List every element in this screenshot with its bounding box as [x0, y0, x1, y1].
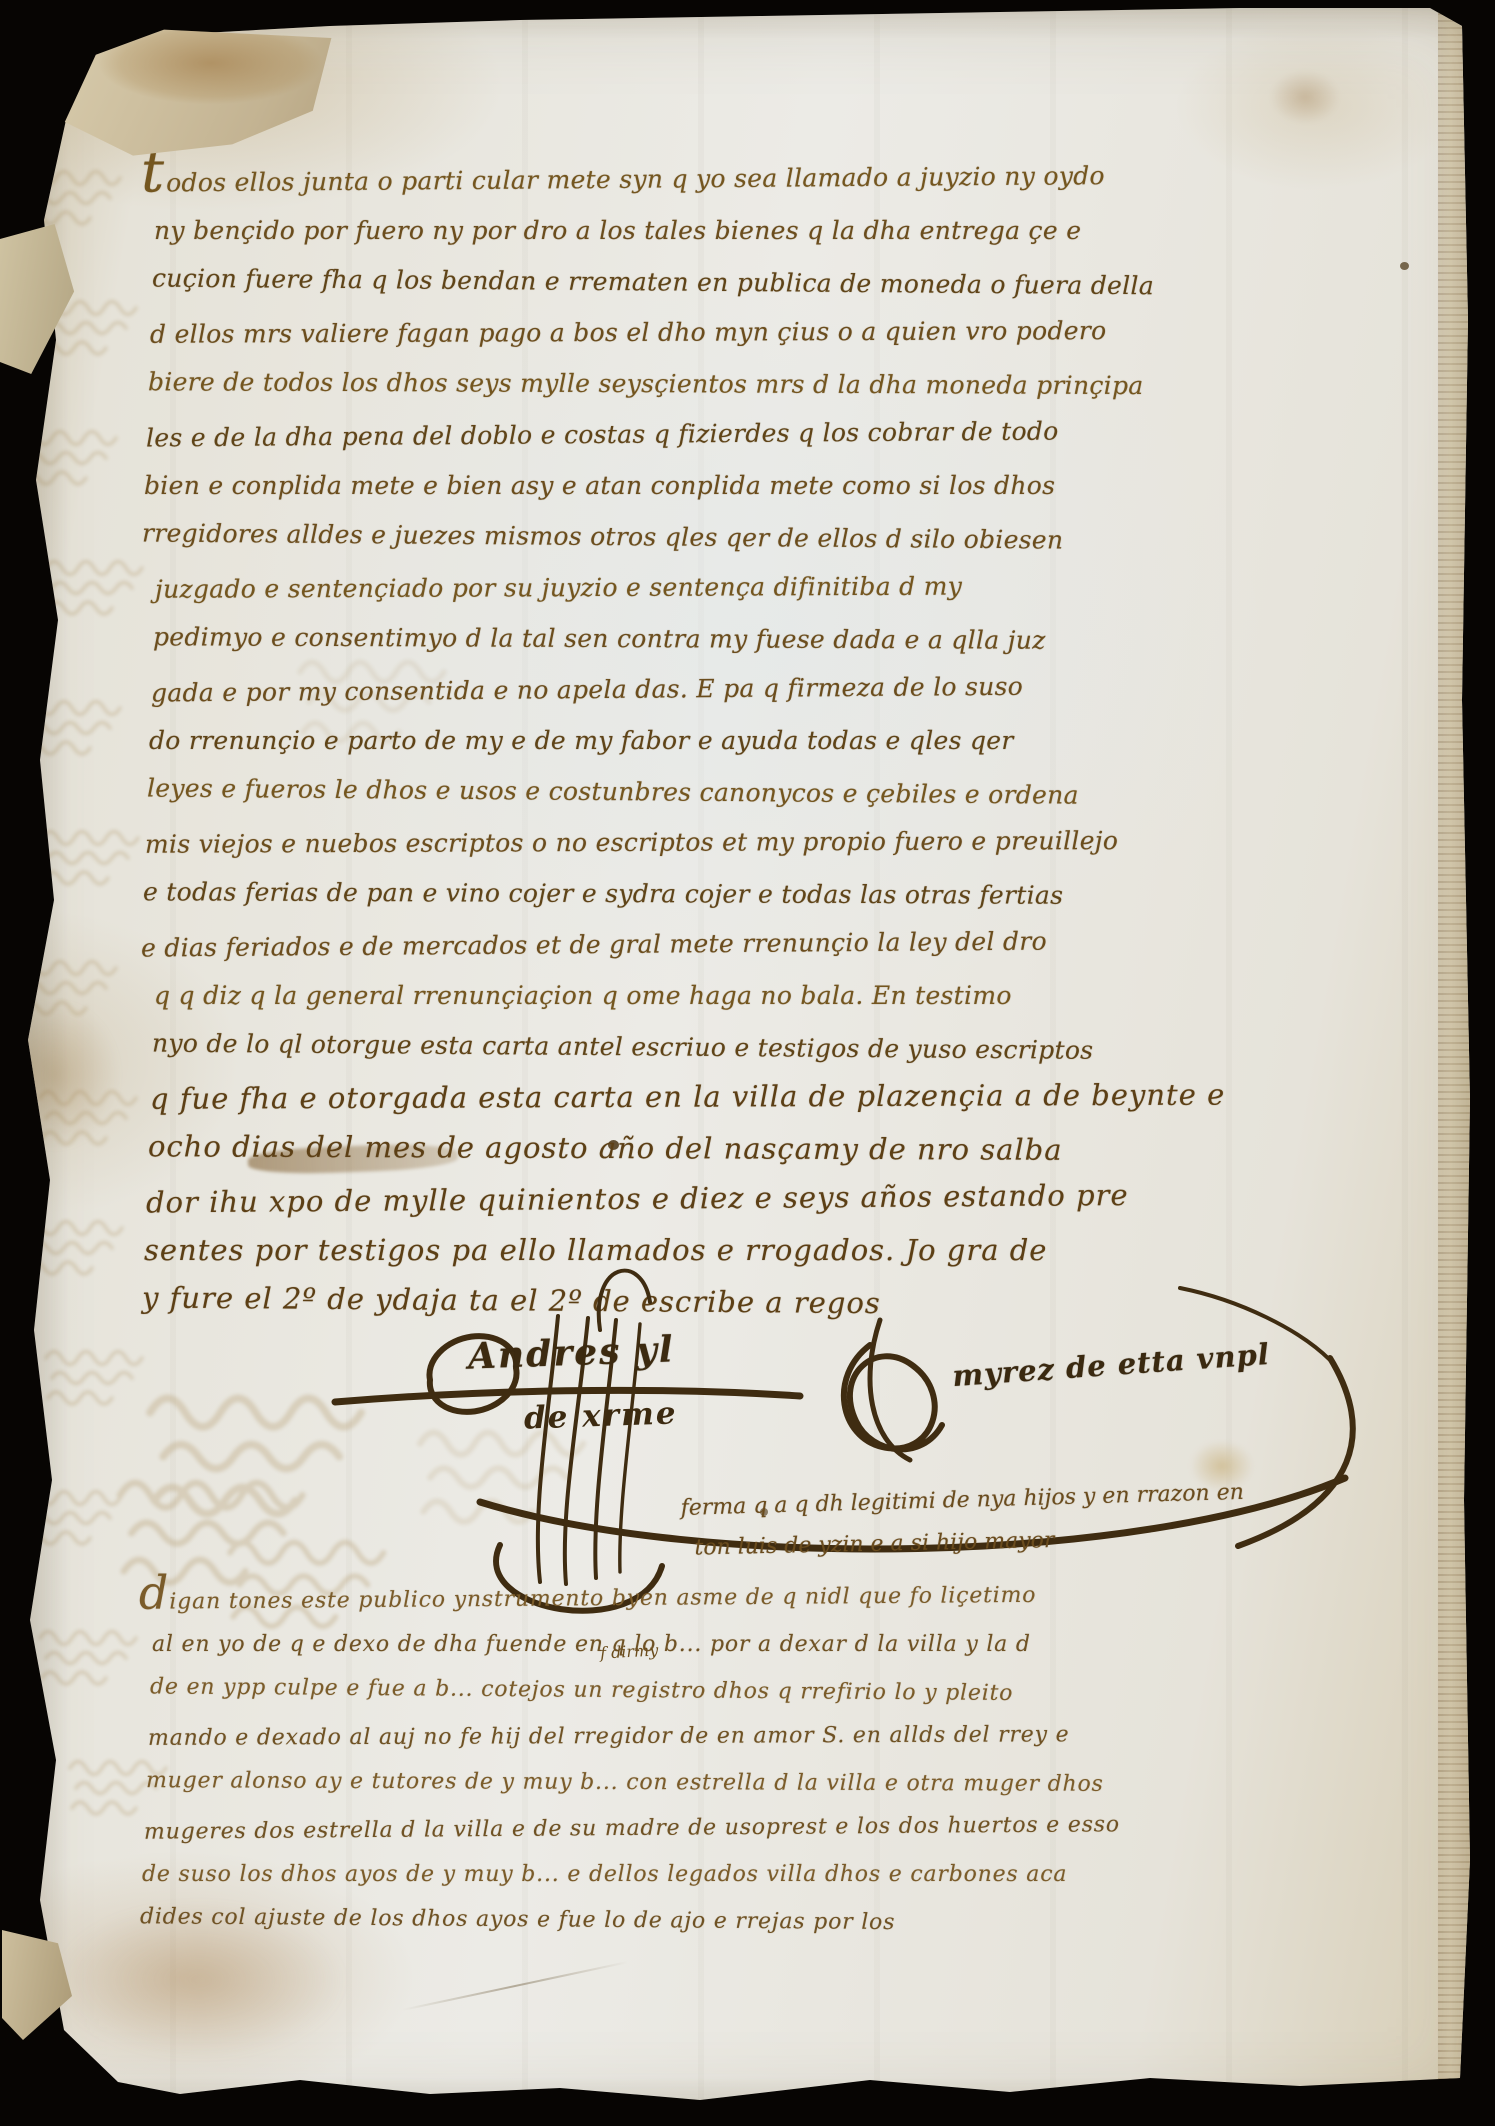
main-text-block: todos ellos junta o parti cular mete syn… [148, 152, 1053, 1327]
manuscript-line: bien e conplida mete e bien asy e atan c… [144, 460, 1049, 511]
manuscript-line: leyes e fueros le dhos e usos e costunbr… [147, 763, 1052, 821]
addendum-line: de en ypp culpe e fue a b... cotejos un … [150, 1664, 1110, 1717]
manuscript-line: biere de todos los dhos seys mylle seysç… [148, 356, 1053, 410]
manuscript-line: ny bençido por fuero ny por dro a los ta… [154, 205, 1059, 256]
addendum-line: digan tones este publico ynstrumento bye… [139, 1572, 1099, 1625]
manuscript-line: do rrenunçio e parto de my e de my fabor… [149, 715, 1054, 766]
manuscript-line: pedimyo e consentimyo d la tal sen contr… [153, 611, 1058, 665]
manuscript-line: e todas ferias de pan e vino cojer e syd… [143, 866, 1048, 920]
manuscript-line: juzgado e sentençiado por su juyzio e se… [155, 560, 1060, 614]
manuscript-line: e dias feriados e de mercados et de gral… [141, 916, 1046, 974]
manuscript-line: y fure el 2º de ydaja ta el 2º de escrib… [142, 1272, 1047, 1330]
signature-left-title: de xrme [523, 1395, 678, 1436]
manuscript-line: todos ellos junta o parti cular mete syn… [141, 149, 1046, 209]
addendum-line: mugeres dos estrella d la villa e de su … [144, 1802, 1104, 1855]
manuscript-line: q q diz q la general rrenunçiaçion q ome… [154, 970, 1059, 1021]
manuscript-line: q fue fha e otorgada esta carta en la vi… [150, 1070, 1055, 1124]
ink-dot [1400, 262, 1409, 270]
manuscript-line: sentes por testigos pa ello llamados e r… [144, 1225, 1049, 1276]
addendum-line: mando e dexado al auj no fe hij del rreg… [148, 1712, 1108, 1762]
notary-note-block: ferma q a q dh legitimi de nya hijos y e… [687, 1474, 1229, 1569]
photograph-background: todos ellos junta o parti cular mete syn… [0, 0, 1495, 2126]
signature-left-name: Andres yl [467, 1328, 675, 1377]
manuscript-page: todos ellos junta o parti cular mete syn… [0, 0, 1495, 2126]
book-fore-edge [1438, 10, 1470, 2080]
addendum-text-block: digan tones este publico ynstrumento bye… [146, 1576, 1106, 1944]
manuscript-line: cuçion fuere fha q los bendan e rrematen… [152, 253, 1057, 311]
manuscript-line: les e de la dha pena del doblo e costas … [146, 406, 1051, 464]
manuscript-line: gada e por my consentida e no apela das.… [151, 661, 1056, 719]
addendum-line: dides col ajuste de los dhos ayos e fue … [140, 1894, 1100, 1947]
manuscript-line: ocho dias del mes de agosto año del nasç… [148, 1121, 1053, 1175]
manuscript-line: rregidores alldes e juezes mismos otros … [142, 507, 1047, 565]
manuscript-line: d ellos mrs valiere fagan pago a bos el … [150, 305, 1055, 359]
addendum-line: muger alonso ay e tutores de y muy b... … [146, 1758, 1106, 1808]
manuscript-line: nyo de lo ql otorgue esta carta antel es… [152, 1018, 1057, 1076]
manuscript-line: mis viejos e nuebos escriptos o no escri… [145, 815, 1050, 869]
addendum-line: de suso los dhos ayos de y muy b... e de… [142, 1852, 1102, 1898]
manuscript-line: dor ihu xpo de mylle quinientos e diez e… [146, 1171, 1051, 1229]
interlinear-insertion: f dirmy [600, 1640, 659, 1662]
